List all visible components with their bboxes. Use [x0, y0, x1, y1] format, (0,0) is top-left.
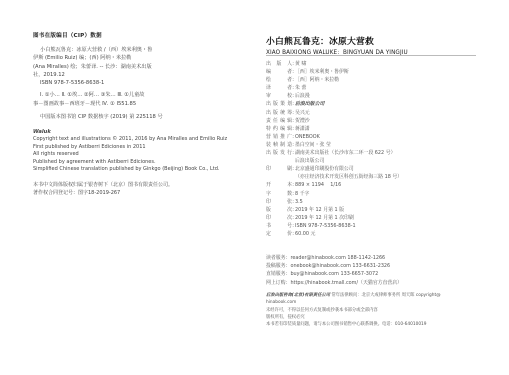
credit-row: 出版统筹：吴兴元	[266, 109, 496, 117]
cip-line: 小白熊瓦鲁克：冰原大营救 /（西）埃米利奥・鲁	[33, 46, 203, 54]
credit-value: 8 千字	[295, 190, 496, 198]
counsel-text: 常年法律顾问：北京大成律师事务所 周天晖 copyright@	[331, 293, 440, 298]
legal-block: 后浪出版咨询(北京)有限责任公司 常年法律顾问：北京大成律师事务所 周天晖 co…	[266, 292, 486, 328]
classification-line: Ⅰ. ①小… Ⅱ. ①埃… ②阿… ③朱… Ⅲ. ①儿童故	[33, 91, 203, 99]
rights-line: 本书中文简体版权归属于银杏树下（北京）图书有限责任公司。	[33, 182, 248, 190]
credit-row: 书号：ISBN 978-7-5356-8638-1	[266, 222, 496, 230]
cip-line: (Ana Miralles) 绘；朱蕾译. -- 长沙：湖南美术出版	[33, 63, 203, 71]
book-title: 小白熊瓦鲁克：冰原大营救	[266, 34, 374, 47]
credit-value: （亦庄经济技术开发区科创五街经海三路 18 号）	[295, 173, 496, 181]
credit-key: 定价	[266, 230, 292, 238]
credit-key: 出版统筹	[266, 109, 292, 117]
online-order-service: 网上订购：https://hinabook.tmall.com/（天猫官方直营店…	[266, 279, 501, 287]
credit-value: 吴兴元	[295, 109, 496, 117]
credit-value: 2019 年 12 月第 1 次印刷	[295, 214, 496, 222]
credit-key: 开本	[266, 181, 292, 189]
copyright-line: Published by agreement with Astiberri Ed…	[33, 159, 248, 166]
copyright-line: Simplified Chinese translation published…	[33, 166, 248, 173]
credit-row: 责任编辑：贺澧沙	[266, 117, 496, 125]
cip-number: 中国版本图书馆 CIP 数据核字 (2019) 第 225118 号	[33, 113, 203, 121]
credit-key: 装帧制造	[266, 141, 292, 149]
credit-key: 出版策划	[266, 100, 292, 108]
credit-key: 书号	[266, 222, 292, 230]
copyright-line: Copyright text and illustrations © 2011,…	[33, 136, 248, 143]
contract-registration: 著作权合同登记号：图字18-2019-267	[33, 190, 248, 198]
credit-key: 字数	[266, 190, 292, 198]
credit-value: 墨白空间・张 莹	[295, 141, 496, 149]
credit-key: 责任编辑	[266, 117, 292, 125]
cip-isbn: ISBN 978-7-5356-8638-1	[33, 79, 203, 87]
rights-block: 本书中文简体版权归属于银杏树下（北京）图书有限责任公司。 著作权合同登记号：图字…	[33, 182, 248, 197]
credit-row: 特约编辑：蒋潇潇	[266, 125, 496, 133]
credit-key: 印张	[266, 198, 292, 206]
credit-value: 北京盛通印刷股份有限公司	[295, 165, 496, 173]
credit-value: 黄 啸	[295, 60, 496, 68]
credit-value: 60.00 元	[295, 230, 496, 238]
classification-line: 事－图画故事－西班牙－现代 Ⅳ. ① I551.85	[33, 100, 203, 108]
reader-service: 读者服务：reader@hinabook.com 188-1142-1266	[266, 254, 501, 262]
credit-value: 蒋潇潇	[295, 125, 496, 133]
credit-key: 版次	[266, 206, 292, 214]
credit-value: ［西］阿纳・米拉勒	[295, 76, 496, 84]
credit-row: 字数：8 千字	[266, 190, 496, 198]
copyright-domain: hinabook.com	[266, 299, 486, 306]
credit-row: 编者：［西］埃米利奥・鲁伊斯	[266, 68, 496, 76]
cip-line: 伊斯 (Emilio Ruiz) 编；(西) 阿纳・米拉勒	[33, 54, 203, 62]
credit-key: 译者	[266, 84, 292, 92]
credit-row: 印刷：北京盛通印刷股份有限公司	[266, 165, 496, 173]
title-divider	[266, 55, 476, 56]
credit-key: 营销推广	[266, 133, 292, 141]
credit-row: 装帧制造：墨白空间・张 莹	[266, 141, 496, 149]
cip-line: 社，2019.12	[33, 71, 203, 79]
credit-value: 贺澧沙	[295, 117, 496, 125]
legal-line: 本书若有印装质量问题，请与本公司图书销售中心联系调换。电话：010-640100…	[266, 321, 486, 328]
credit-key: 绘者	[266, 76, 292, 84]
credit-value: ISBN 978-7-5356-8638-1	[295, 222, 496, 230]
direct-sales-service: 直销服务：buy@hinabook.com 133-6657-3072	[266, 270, 501, 278]
credit-row: 绘者：［西］阿纳・米拉勒	[266, 76, 496, 84]
credit-value: 3.5	[295, 198, 496, 206]
credit-row: 定价：60.00 元	[266, 230, 496, 238]
credit-row: 译者：朱 蕾	[266, 84, 496, 92]
credit-row: 版次：2019 年 12 月第 1 版	[266, 206, 496, 214]
credit-value: 后浪漫	[295, 92, 496, 100]
credit-key: 印次	[266, 214, 292, 222]
credit-key: 特约编辑	[266, 125, 292, 133]
copyright-block: Waluk Copyright text and illustrations ©…	[33, 129, 248, 173]
cip-data-block: 小白熊瓦鲁克：冰原大营救 /（西）埃米利奥・鲁 伊斯 (Emilio Ruiz)…	[33, 46, 203, 121]
credit-row: 审校：后浪漫	[266, 92, 496, 100]
credit-value: ［西］埃米利奥・鲁伊斯	[295, 68, 496, 76]
credit-row: 出版策划：后浪出版公司	[266, 100, 496, 108]
publisher-logo-script: 后浪出版公司	[295, 100, 496, 108]
credit-key: 审校	[266, 92, 292, 100]
credit-value: 2019 年 12 月第 1 版	[295, 206, 496, 214]
cip-title: 图书在版编目（CIP）数据	[33, 31, 102, 39]
credit-row: 营销推广：ONEBOOK	[266, 133, 496, 141]
credits-list: 出版人：黄 啸 编者：［西］埃米利奥・鲁伊斯 绘者：［西］阿纳・米拉勒 译者：朱…	[266, 60, 496, 238]
credit-value: ONEBOOK	[295, 133, 496, 141]
credit-row: 印次：2019 年 12 月第 1 次印刷	[266, 214, 496, 222]
credit-value: 湖南美术出版社（长沙市东二环一段 622 号）	[295, 149, 496, 157]
publisher-logo-script: 后浪出版咨询(北京)有限责任公司	[266, 293, 330, 298]
credit-key: 印刷	[266, 165, 292, 173]
credit-row: 出版人：黄 啸	[266, 60, 496, 68]
credit-row: 出版发行：湖南美术出版社（长沙市东二环一段 622 号）	[266, 149, 496, 157]
copyright-page-left: 图书在版编目（CIP）数据 小白熊瓦鲁克：冰原大营救 /（西）埃米利奥・鲁 伊斯…	[0, 0, 254, 375]
copyright-line: All rights reserved	[33, 151, 248, 158]
credit-value: 889 × 1194 1/16	[295, 181, 496, 189]
services-block: 读者服务：reader@hinabook.com 188-1142-1266 投…	[266, 254, 501, 287]
submission-service: 投稿服务：onebook@hinabook.com 133-6631-2326	[266, 262, 501, 270]
credit-row-continued: 出版发行：（亦庄经济技术开发区科创五街经海三路 18 号）	[266, 173, 496, 181]
legal-line: 版权所有，侵权必究	[266, 314, 486, 321]
credit-key: 编者	[266, 68, 292, 76]
credit-row-continued: 出版发行：后浪出版公司	[266, 157, 496, 165]
legal-counsel-line: 后浪出版咨询(北京)有限责任公司 常年法律顾问：北京大成律师事务所 周天晖 co…	[266, 292, 486, 299]
credit-value: 朱 蕾	[295, 84, 496, 92]
copyright-line: First published by Astiberri Ediciones i…	[33, 144, 248, 151]
legal-line: 未经许可，不得以任何方式复制或抄袭本书部分或全部内容	[266, 307, 486, 314]
credit-value: 后浪出版公司	[295, 157, 496, 165]
credit-row: 开本：889 × 1194 1/16	[266, 181, 496, 189]
credit-row: 印张：3.5	[266, 198, 496, 206]
credit-key: 出版人	[266, 60, 292, 68]
credit-key: 出版发行	[266, 149, 292, 157]
